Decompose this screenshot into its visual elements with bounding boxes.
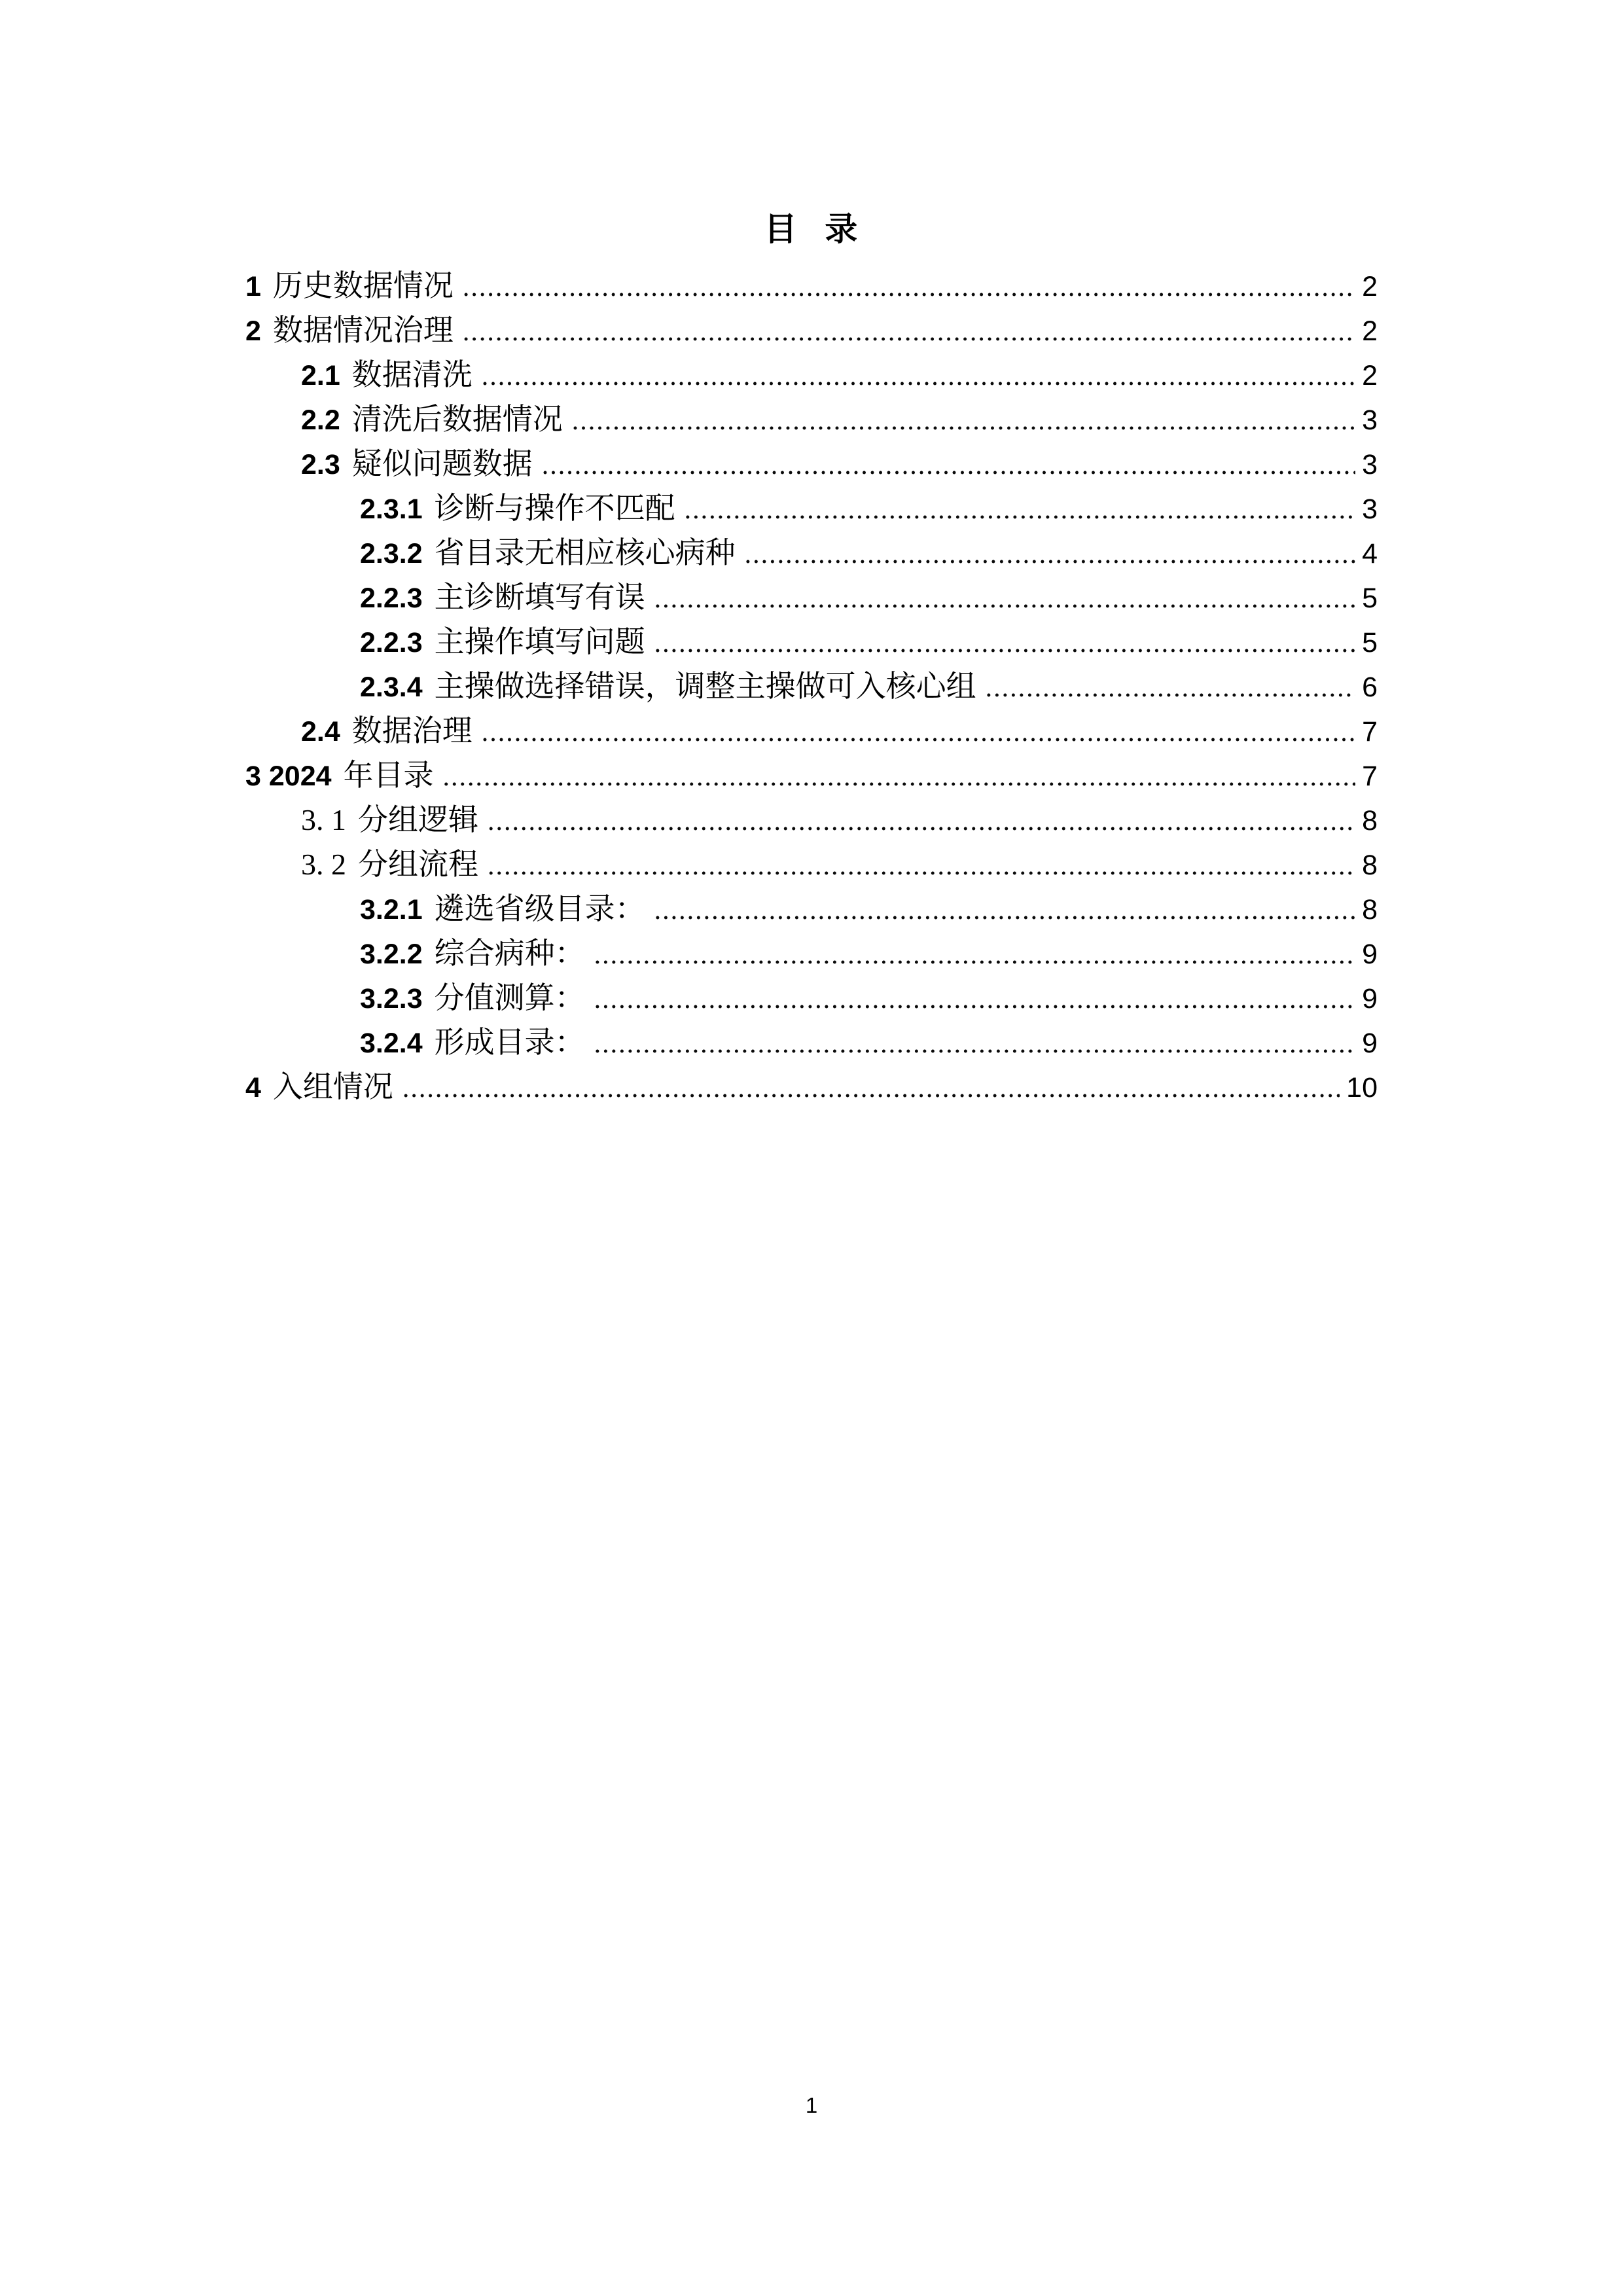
toc-entry[interactable]: 2.2 清洗后数据情况 3 [245,397,1378,442]
toc-entry-number: 2.3.4 [360,665,423,709]
toc-entry[interactable]: 2 数据情况治理 2 [245,308,1378,353]
dot-leader [488,799,1355,844]
toc-entry[interactable]: 2.1 数据清洗 2 [245,353,1378,397]
toc-entry-label: 入组情况 [273,1065,393,1109]
toc-entry-number: 3.2.1 [360,888,423,932]
toc-title: 目 录 [0,203,1623,250]
toc-entry[interactable]: 2.3.2 省目录无相应核心病种 4 [245,531,1378,575]
toc-entry-page: 3 [1362,487,1378,531]
toc-entry-number: 2.2.3 [360,576,423,620]
dot-leader [654,577,1355,621]
dot-leader [482,710,1355,755]
toc-entry[interactable]: 2.3.4 主操做选择错误，调整主操做可入核心组 6 [245,664,1378,709]
toc-entry-label: 诊断与操作不匹配 [435,486,675,531]
toc-entry-page: 8 [1362,843,1378,888]
toc-entry-label: 清洗后数据情况 [352,397,563,442]
dot-leader [443,755,1356,799]
toc-entry-label: 分组逻辑 [358,798,478,842]
toc-entry-label: 历史数据情况 [273,264,454,308]
toc-entry-label: 疑似问题数据 [352,442,533,486]
toc-entry-number: 3.2.3 [360,977,423,1021]
toc-entry-label: 主操作填写问题 [435,620,645,664]
toc-entry[interactable]: 3. 2 分组流程 8 [245,842,1378,887]
toc-entry[interactable]: 3.2.2 综合病种： 9 [245,931,1378,976]
toc-entry-page: 3 [1362,398,1378,442]
toc-entry-page: 8 [1362,798,1378,843]
dot-leader [482,354,1355,399]
toc-entry[interactable]: 2.2.3 主操作填写问题 5 [245,620,1378,664]
toc-entry-label: 遴选省级目录： [435,887,645,931]
dot-leader [463,310,1355,354]
toc-entry-number: 3.2.4 [360,1021,423,1066]
toc-entry-page: 10 [1346,1066,1378,1110]
toc-entry-label: 分组流程 [358,842,478,887]
toc-entry-number: 3.2.2 [360,932,423,977]
dot-leader [542,443,1355,488]
toc-entry-page: 2 [1362,264,1378,309]
toc-entry-number: 3. 1 [301,798,346,842]
dot-leader [572,399,1355,443]
dot-leader [685,488,1355,532]
toc-entry-number: 3. 2 [301,842,346,887]
toc-entry-label: 年目录 [344,753,434,798]
toc-entry-number: 2.2.3 [360,620,423,665]
toc-entry-label: 主操做选择错误，调整主操做可入核心组 [435,664,976,709]
dot-leader [402,1066,1340,1111]
dot-leader [986,666,1355,710]
toc-entry[interactable]: 3.2.3 分值测算： 9 [245,976,1378,1020]
dot-leader [594,1022,1355,1066]
toc-entry-page: 8 [1362,888,1378,932]
toc-entry-label: 综合病种： [435,931,585,976]
toc-entry-page: 9 [1362,932,1378,977]
toc-entry-page: 2 [1362,309,1378,353]
toc-entry-number: 1 [245,264,261,309]
toc-entry-label: 省目录无相应核心病种 [435,531,736,575]
toc-entry[interactable]: 1 历史数据情况 2 [245,264,1378,308]
table-of-contents: 1 历史数据情况 2 2 数据情况治理 2 2.1 数据清洗 2 2.2 清洗后… [245,264,1378,1109]
toc-entry[interactable]: 2.4 数据治理 7 [245,709,1378,753]
toc-entry-number: 2.2 [301,398,340,442]
toc-entry[interactable]: 3 2024 年目录 7 [245,753,1378,798]
toc-entry-label: 形成目录： [435,1020,585,1065]
toc-entry-page: 4 [1362,531,1378,576]
toc-entry-number: 3 2024 [245,754,332,798]
toc-entry[interactable]: 4 入组情况 10 [245,1065,1378,1109]
toc-entry-page: 3 [1362,442,1378,487]
toc-entry-label: 主诊断填写有误 [435,575,645,620]
toc-entry-number: 2.3 [301,442,340,487]
toc-entry[interactable]: 3.2.1 遴选省级目录： 8 [245,887,1378,931]
dot-leader [654,621,1355,666]
toc-entry[interactable]: 3.2.4 形成目录： 9 [245,1020,1378,1065]
toc-entry-number: 4 [245,1066,261,1110]
toc-entry-page: 5 [1362,576,1378,620]
toc-entry-page: 6 [1362,665,1378,709]
dot-leader [594,933,1355,977]
dot-leader [594,977,1355,1022]
toc-entry-number: 2.3.2 [360,531,423,576]
toc-entry-label: 数据治理 [352,709,473,753]
toc-entry[interactable]: 3. 1 分组逻辑 8 [245,798,1378,842]
toc-entry-page: 7 [1362,709,1378,754]
document-page: 目 录 1 历史数据情况 2 2 数据情况治理 2 2.1 数据清洗 2 2.2… [0,0,1623,2296]
toc-entry-page: 9 [1362,977,1378,1021]
toc-entry-number: 2.3.1 [360,487,423,531]
dot-leader [463,265,1355,310]
toc-entry-page: 2 [1362,353,1378,398]
toc-entry[interactable]: 2.2.3 主诊断填写有误 5 [245,575,1378,620]
toc-entry-page: 5 [1362,620,1378,665]
toc-entry-label: 分值测算： [435,976,585,1020]
toc-entry[interactable]: 2.3.1 诊断与操作不匹配 3 [245,486,1378,531]
toc-entry-number: 2.1 [301,353,340,398]
dot-leader [488,844,1355,888]
dot-leader [745,532,1355,577]
toc-entry-page: 7 [1362,754,1378,798]
dot-leader [654,888,1355,933]
toc-entry[interactable]: 2.3 疑似问题数据 3 [245,442,1378,486]
toc-entry-label: 数据清洗 [352,353,473,397]
toc-entry-label: 数据情况治理 [273,308,454,353]
toc-entry-number: 2 [245,309,261,353]
toc-entry-number: 2.4 [301,709,340,754]
toc-entry-page: 9 [1362,1021,1378,1066]
footer-page-number: 1 [0,2093,1623,2118]
